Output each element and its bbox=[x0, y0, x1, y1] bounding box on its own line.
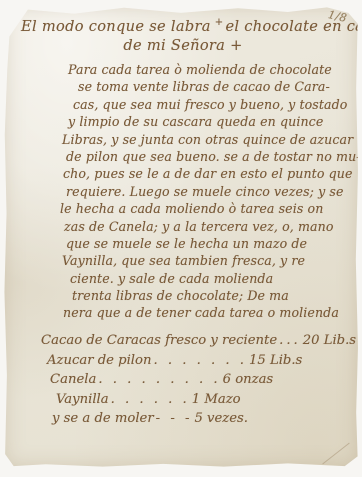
recipe-item: Azucar de pilon bbox=[47, 353, 151, 368]
body-line: cho, pues se le a de dar en esto el punt… bbox=[63, 165, 357, 182]
body-line: de pilon que sea bueno. se a de tostar n… bbox=[66, 148, 357, 165]
body-line: Para cada tarea ò molienda de chocolate bbox=[68, 61, 357, 78]
recipe-row: Vaynilla. . . . . .1 Mazo bbox=[56, 390, 353, 410]
dot-leader: . . . . . . . bbox=[153, 353, 247, 368]
manuscript-page: 1/8 El modo conque se labra+el chocolate… bbox=[3, 5, 359, 468]
body-line: trenta libras de chocolate; De ma bbox=[72, 287, 357, 304]
recipe-row: y se a de moler- - -5 vezes. bbox=[52, 409, 353, 429]
recipe-row: Canela. . . . . . . . .6 onzas bbox=[50, 370, 353, 390]
recipe-value: 6 onzas bbox=[223, 372, 274, 387]
body-line: y limpio de su cascara queda en quince bbox=[68, 113, 357, 130]
recipe-item: Cacao de Caracas fresco y reciente bbox=[41, 333, 277, 348]
body-line: le hecha a cada moliendo ò tarea seis on bbox=[60, 200, 357, 217]
recipe-value: 1 Mazo bbox=[192, 392, 241, 407]
body-line: que se muele se le hecha un mazo de bbox=[66, 235, 357, 252]
body-text: Para cada tarea ò molienda de chocolate … bbox=[59, 61, 357, 322]
body-line: Libras, y se junta con otras quince de a… bbox=[62, 131, 357, 148]
recipe-item: y se a de moler bbox=[52, 411, 154, 426]
body-line: cas, que sea mui fresco y bueno, y tosta… bbox=[73, 96, 357, 113]
cross-mark: + bbox=[215, 17, 224, 28]
manuscript-scan: 1/8 El modo conque se labra+el chocolate… bbox=[0, 0, 362, 477]
dot-leader: . . . . . . bbox=[111, 392, 190, 407]
body-line: nera que a de tener cada tarea o moliend… bbox=[63, 304, 357, 321]
title-line-2: de mi Señora + bbox=[63, 37, 303, 54]
recipe-value: 20 Lib.s con cascª bbox=[303, 333, 362, 348]
title-part1: El modo conque se labra bbox=[21, 18, 211, 35]
title-part2: el chocolate en casa bbox=[225, 18, 362, 35]
recipe-item: Canela bbox=[50, 372, 96, 387]
dot-leader: . . . . . . . . . bbox=[98, 372, 220, 387]
recipe-value: 15 Lib.s bbox=[249, 353, 302, 368]
dot-leader: - - - bbox=[156, 411, 193, 426]
title-line-1: El modo conque se labra+el chocolate en … bbox=[21, 17, 351, 35]
recipe-item: Vaynilla bbox=[56, 392, 109, 407]
recipe-row: Azucar de pilon. . . . . . .15 Lib.s bbox=[47, 351, 353, 371]
dot-leader: ... bbox=[279, 333, 301, 348]
body-line: Vaynilla, que sea tambien fresca, y re bbox=[62, 252, 357, 269]
body-line: ciente. y sale de cada molienda bbox=[70, 270, 357, 287]
recipe-row: Cacao de Caracas fresco y reciente...20 … bbox=[41, 331, 353, 351]
body-line: zas de Canela; y a la tercera vez, o, ma… bbox=[64, 218, 357, 235]
recipe-list: Cacao de Caracas fresco y reciente...20 … bbox=[41, 331, 353, 429]
recipe-value: 5 vezes. bbox=[194, 411, 248, 426]
body-line: se toma vente libras de cacao de Cara- bbox=[78, 78, 357, 95]
body-line: requiere. Luego se muele cinco vezes; y … bbox=[66, 183, 357, 200]
